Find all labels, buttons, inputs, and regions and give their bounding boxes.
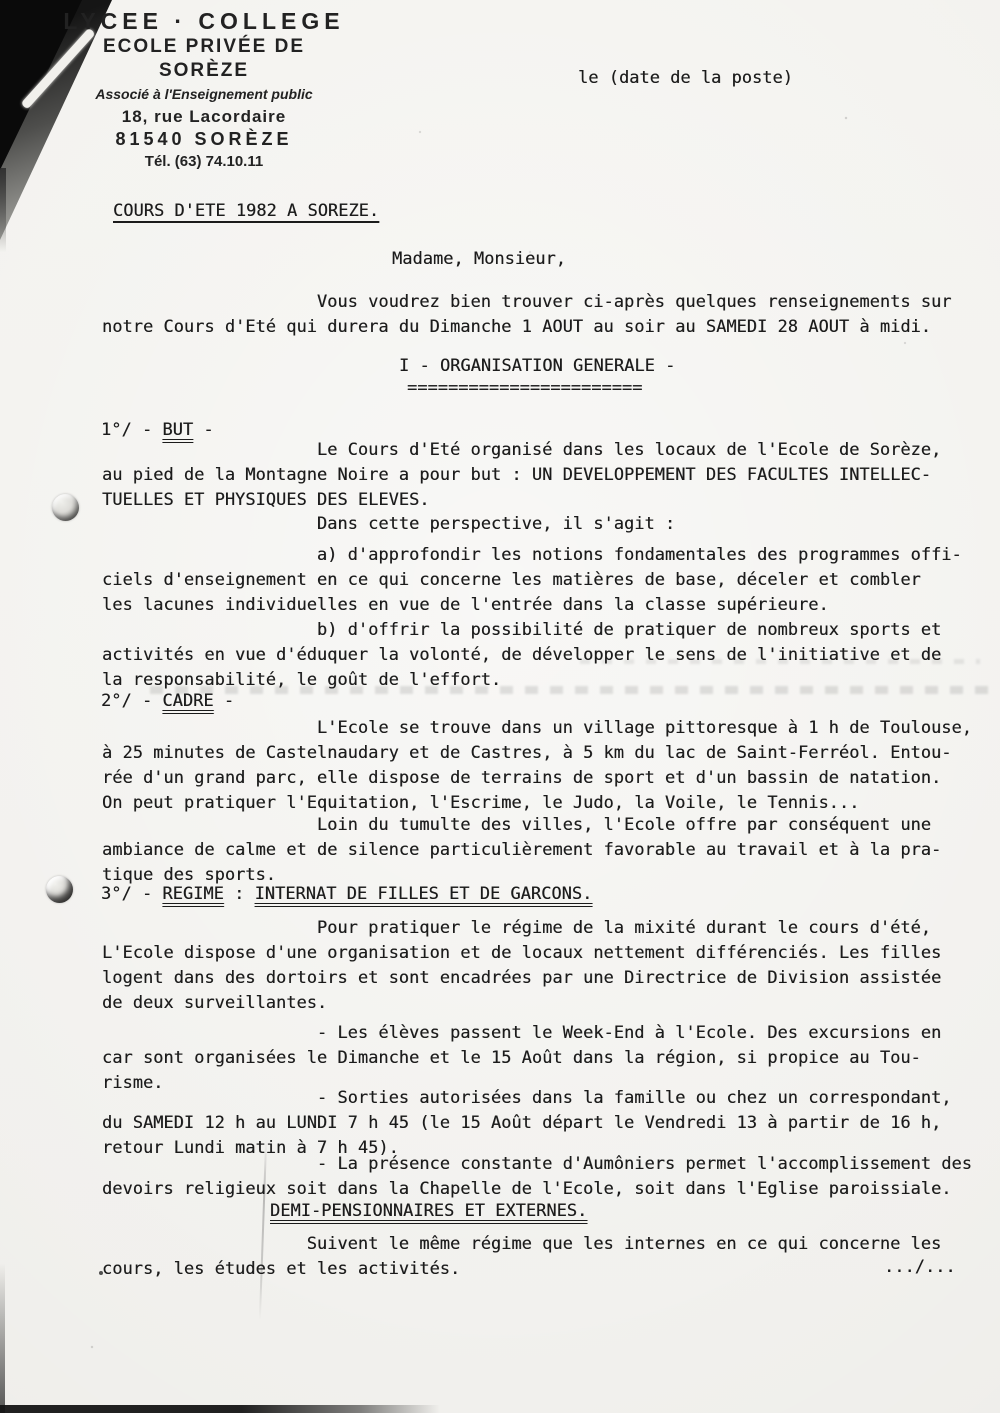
salutation: Madame, Monsieur, bbox=[392, 247, 566, 272]
section-heading-regime: 3°/ - REGIME : INTERNAT DE FILLES ET DE … bbox=[101, 882, 592, 907]
but-paragraph-4: b) d'offrir la possibilité de pratiquer … bbox=[102, 618, 941, 693]
school-city: 81540 SORÈZE bbox=[56, 128, 352, 151]
section-separator: : bbox=[224, 884, 255, 904]
school-street: 18, rue Lacordaire bbox=[56, 105, 352, 128]
school-name: LYCEE · COLLEGE bbox=[56, 8, 352, 35]
bottom-edge-shadow bbox=[0, 1405, 440, 1413]
section-title: BUT bbox=[162, 420, 193, 440]
school-subname: ECOLE PRIVÉE DE SORÈZE bbox=[56, 35, 352, 83]
school-phone: Tél. (63) 74.10.11 bbox=[56, 151, 352, 172]
intro-paragraph: Vous voudrez bien trouver ci-après quelq… bbox=[102, 290, 952, 340]
school-tagline: Associé à l'Enseignement public bbox=[56, 83, 352, 105]
demi-pensionnaires-heading: DEMI-PENSIONNAIRES ET EXTERNES. bbox=[270, 1199, 587, 1224]
date-line: le (date de la poste) bbox=[578, 66, 793, 91]
but-paragraph-1: Le Cours d'Eté organisé dans les locaux … bbox=[102, 438, 941, 513]
regime-paragraph-1: Pour pratiquer le régime de la mixité du… bbox=[102, 916, 941, 1016]
cadre-paragraph-2: Loin du tumulte des villes, l'Ecole offr… bbox=[102, 813, 941, 888]
continuation-mark: .../... bbox=[884, 1255, 956, 1280]
demi-paragraph: Suivent le même régime que les internes … bbox=[102, 1232, 941, 1282]
left-edge-shadow bbox=[0, 168, 6, 252]
section-number: 3°/ - bbox=[101, 884, 162, 904]
punch-hole-top bbox=[52, 494, 79, 521]
section-title: REGIME bbox=[162, 884, 223, 904]
document-title: COURS D'ETE 1982 A SOREZE. bbox=[113, 199, 379, 224]
section-number: 1°/ - bbox=[101, 420, 162, 440]
section-number: 2°/ - bbox=[101, 691, 162, 711]
regime-paragraph-2: - Les élèves passent le Week-End à l'Eco… bbox=[102, 1021, 941, 1096]
scanned-letter-page: LYCEE · COLLEGE ECOLE PRIVÉE DE SORÈZE A… bbox=[0, 0, 1000, 1413]
main-heading-underline: ======================= bbox=[407, 376, 642, 401]
subheading-text: DEMI-PENSIONNAIRES ET EXTERNES. bbox=[270, 1201, 587, 1221]
section-suffix: - bbox=[214, 691, 234, 711]
section-heading-cadre: 2°/ - CADRE - bbox=[101, 689, 234, 714]
bottom-left-edge-shadow bbox=[0, 1263, 5, 1413]
section-title: CADRE bbox=[162, 691, 213, 711]
punch-hole-bottom bbox=[46, 876, 73, 903]
regime-paragraph-4: - La présence constante d'Aumôniers perm… bbox=[102, 1152, 972, 1202]
letterhead: LYCEE · COLLEGE ECOLE PRIVÉE DE SORÈZE A… bbox=[56, 8, 352, 172]
cadre-paragraph-1: L'Ecole se trouve dans un village pittor… bbox=[102, 716, 972, 816]
regime-paragraph-3: - Sorties autorisées dans la famille ou … bbox=[102, 1086, 952, 1161]
section-subtitle: INTERNAT DE FILLES ET DE GARCONS. bbox=[255, 884, 593, 904]
section-suffix: - bbox=[193, 420, 213, 440]
but-paragraph-2: Dans cette perspective, il s'agit : bbox=[102, 512, 675, 537]
but-paragraph-3: a) d'approfondir les notions fondamental… bbox=[102, 543, 962, 618]
